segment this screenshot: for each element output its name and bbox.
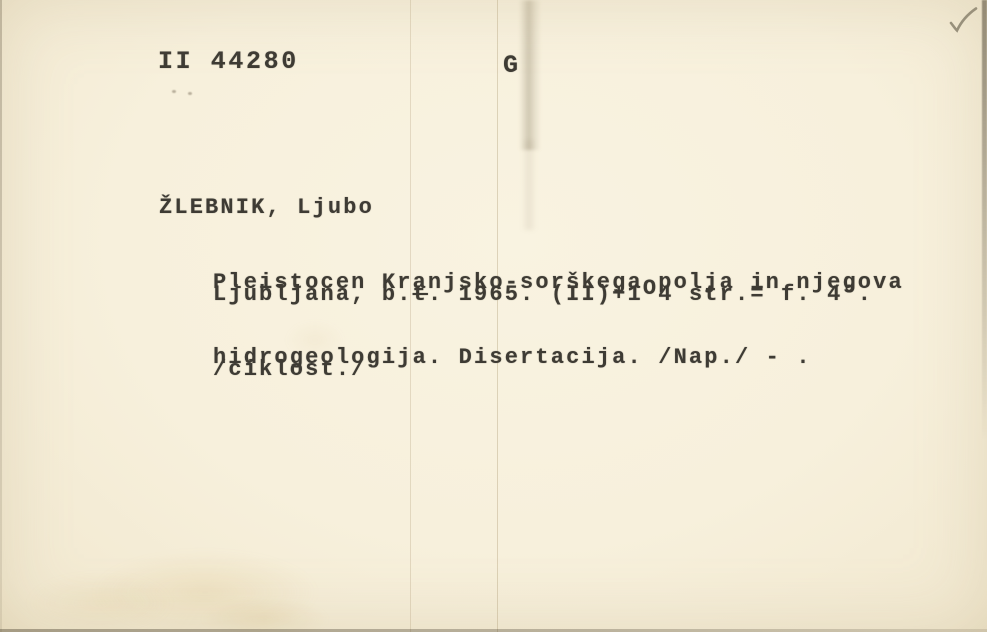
imprint-text: . 1965. (II)+1 (428, 282, 643, 307)
stain-blob (200, 598, 330, 632)
imprint-line: Ljubljana, b.t. 1965. (II)+1O4 str.= f. … (159, 282, 873, 307)
raised-char: O (643, 276, 658, 301)
note-line: /ciklost./ (159, 357, 873, 382)
imprint-text: 4 str.= f. 4°. (658, 282, 873, 307)
call-number: II 44280 (158, 49, 299, 75)
author-heading: ŽLEBNIK, Ljubo (159, 195, 904, 220)
crease-smudge (519, 0, 541, 150)
checkmark-icon (944, 6, 982, 36)
ink-speck (172, 90, 176, 93)
stain-blob (90, 550, 320, 632)
card-edge-left (0, 0, 2, 632)
overstruck-char: t (413, 282, 428, 307)
card-edge-right (982, 0, 987, 440)
imprint-text: Ljubljana, b. (213, 282, 413, 307)
ink-speck (188, 92, 192, 95)
section-letter: G (503, 53, 521, 79)
catalog-card: II 44280 G ŽLEBNIK, Ljubo Pleistocen Kra… (0, 0, 987, 632)
stain-blob (25, 572, 175, 632)
imprint-paragraph: Ljubljana, b.t. 1965. (II)+1O4 str.= f. … (159, 232, 873, 432)
